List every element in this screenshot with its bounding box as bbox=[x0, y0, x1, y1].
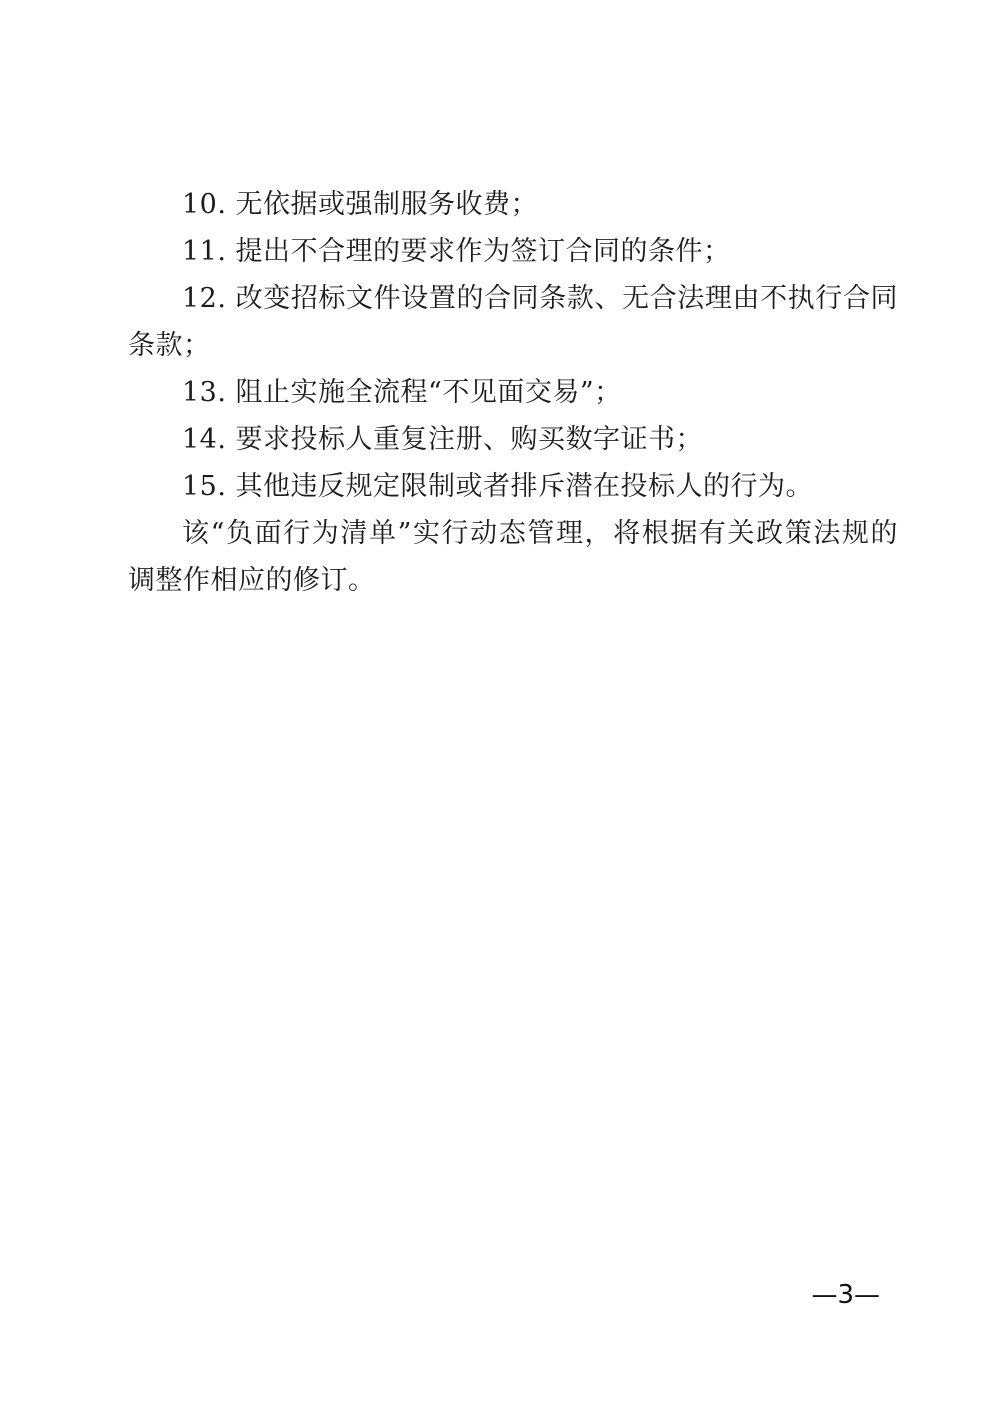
page-number: —3— bbox=[811, 1280, 880, 1310]
document-body: 10. 无依据或强制服务收费； 11. 提出不合理的要求作为签订合同的条件； 1… bbox=[128, 181, 898, 604]
list-item-12: 12. 改变招标文件设置的合同条款、无合法理由不执行合同条款； bbox=[128, 275, 898, 369]
closing-paragraph: 该“负面行为清单”实行动态管理，将根据有关政策法规的调整作相应的修订。 bbox=[128, 510, 898, 604]
list-item-14: 14. 要求投标人重复注册、购买数字证书； bbox=[128, 416, 898, 463]
document-page: 10. 无依据或强制服务收费； 11. 提出不合理的要求作为签订合同的条件； 1… bbox=[0, 0, 1000, 1414]
list-item-13: 13. 阻止实施全流程“不见面交易”； bbox=[128, 369, 898, 416]
list-item-11: 11. 提出不合理的要求作为签订合同的条件； bbox=[128, 228, 898, 275]
list-item-10: 10. 无依据或强制服务收费； bbox=[128, 181, 898, 228]
list-item-15: 15. 其他违反规定限制或者排斥潜在投标人的行为。 bbox=[128, 463, 898, 510]
